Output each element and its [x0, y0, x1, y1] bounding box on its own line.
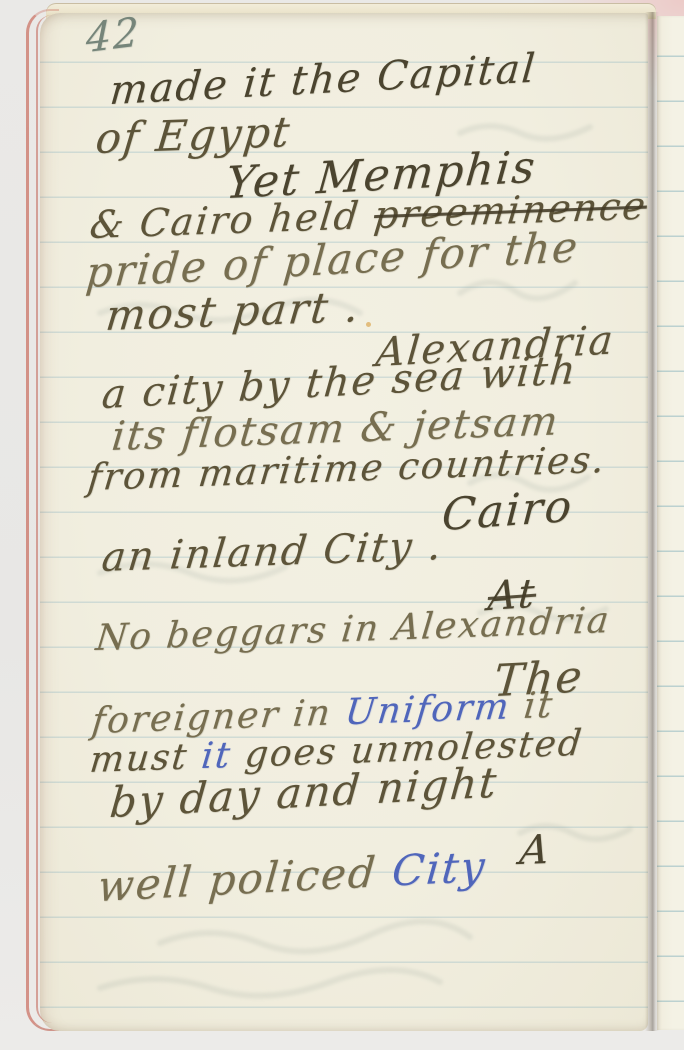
page-number-text: 42: [86, 9, 141, 62]
paper-speck: [366, 322, 371, 327]
notebook-scan: 42 made it the Capital of Egypt Yet Memp…: [0, 0, 684, 1050]
blue-ink-word: City: [390, 842, 488, 896]
facing-page-sliver: [657, 16, 684, 1030]
red-page-edge-inner: [36, 15, 54, 1023]
handwriting-line: most part .: [103, 282, 363, 340]
word-segment: Cairo: [440, 481, 575, 542]
page-number: 42: [86, 9, 141, 62]
word-segment: A: [518, 827, 554, 874]
handwriting-line: Cairo: [440, 481, 575, 542]
word-segment: of Egypt: [93, 107, 293, 163]
word-segment: most part .: [103, 282, 363, 340]
handwriting-line: of Egypt: [93, 107, 293, 163]
handwriting-line: A: [518, 827, 554, 874]
word-segment: it: [508, 685, 556, 728]
